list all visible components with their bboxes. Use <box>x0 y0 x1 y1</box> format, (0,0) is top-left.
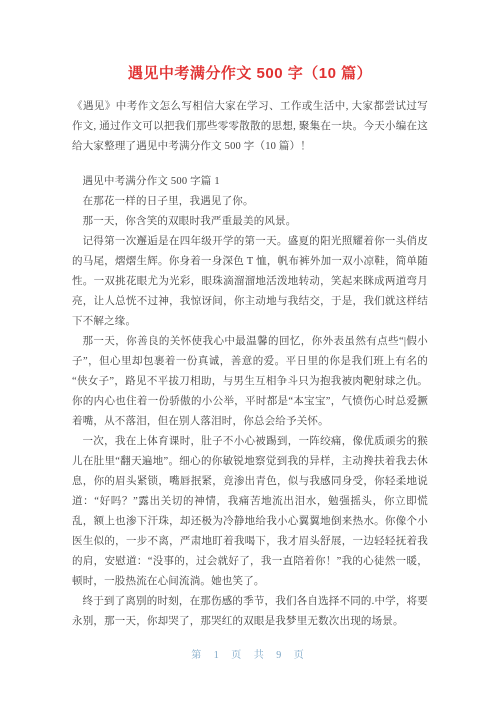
page-indicator: 第 1 页 共 9 页 <box>72 646 428 661</box>
page-title: 遇见中考满分作文 500 字（10 篇） <box>72 64 428 84</box>
section-title: 遇见中考满分作文 500 字篇 1 <box>72 172 428 192</box>
paragraph: 那一天，你含笑的双眼时我严重最美的风景。 <box>72 212 428 232</box>
paragraph: 那一天，你善良的关怀使我心中最温馨的回忆，你外表虽然有点些“|假小子”，但心里却… <box>72 332 428 432</box>
document-page: 遇见中考满分作文 500 字（10 篇） 《遇见》中考作文怎么写相信大家在学习、… <box>72 0 428 661</box>
essay-paragraphs: 在那花一样的日子里，我遇见了你。那一天，你含笑的双眼时我严重最美的风景。记得第一… <box>72 192 428 632</box>
paragraph: 记得第一次邂逅是在四年级开学的第一天。盛夏的阳光照耀着你一头俏皮的马尾，熠熠生辉… <box>72 232 428 332</box>
paragraph: 一次，我在上体育课时，肚子不小心被踢到，一阵绞痛，像优质顽劣的猴儿在肚里“翻天遍… <box>72 432 428 592</box>
document-viewer: 遇见中考满分作文 500 字（10 篇） 《遇见》中考作文怎么写相信大家在学习、… <box>0 0 500 707</box>
paragraph: 在那花一样的日子里，我遇见了你。 <box>72 192 428 212</box>
intro-paragraph: 《遇见》中考作文怎么写相信大家在学习、工作或生活中, 大家都尝试过写作文, 通过… <box>72 97 428 157</box>
paragraph: 终于到了离别的时刻，在那伤感的季节，我们各自选择不同的.中学，将要永别，那一天，… <box>72 592 428 632</box>
